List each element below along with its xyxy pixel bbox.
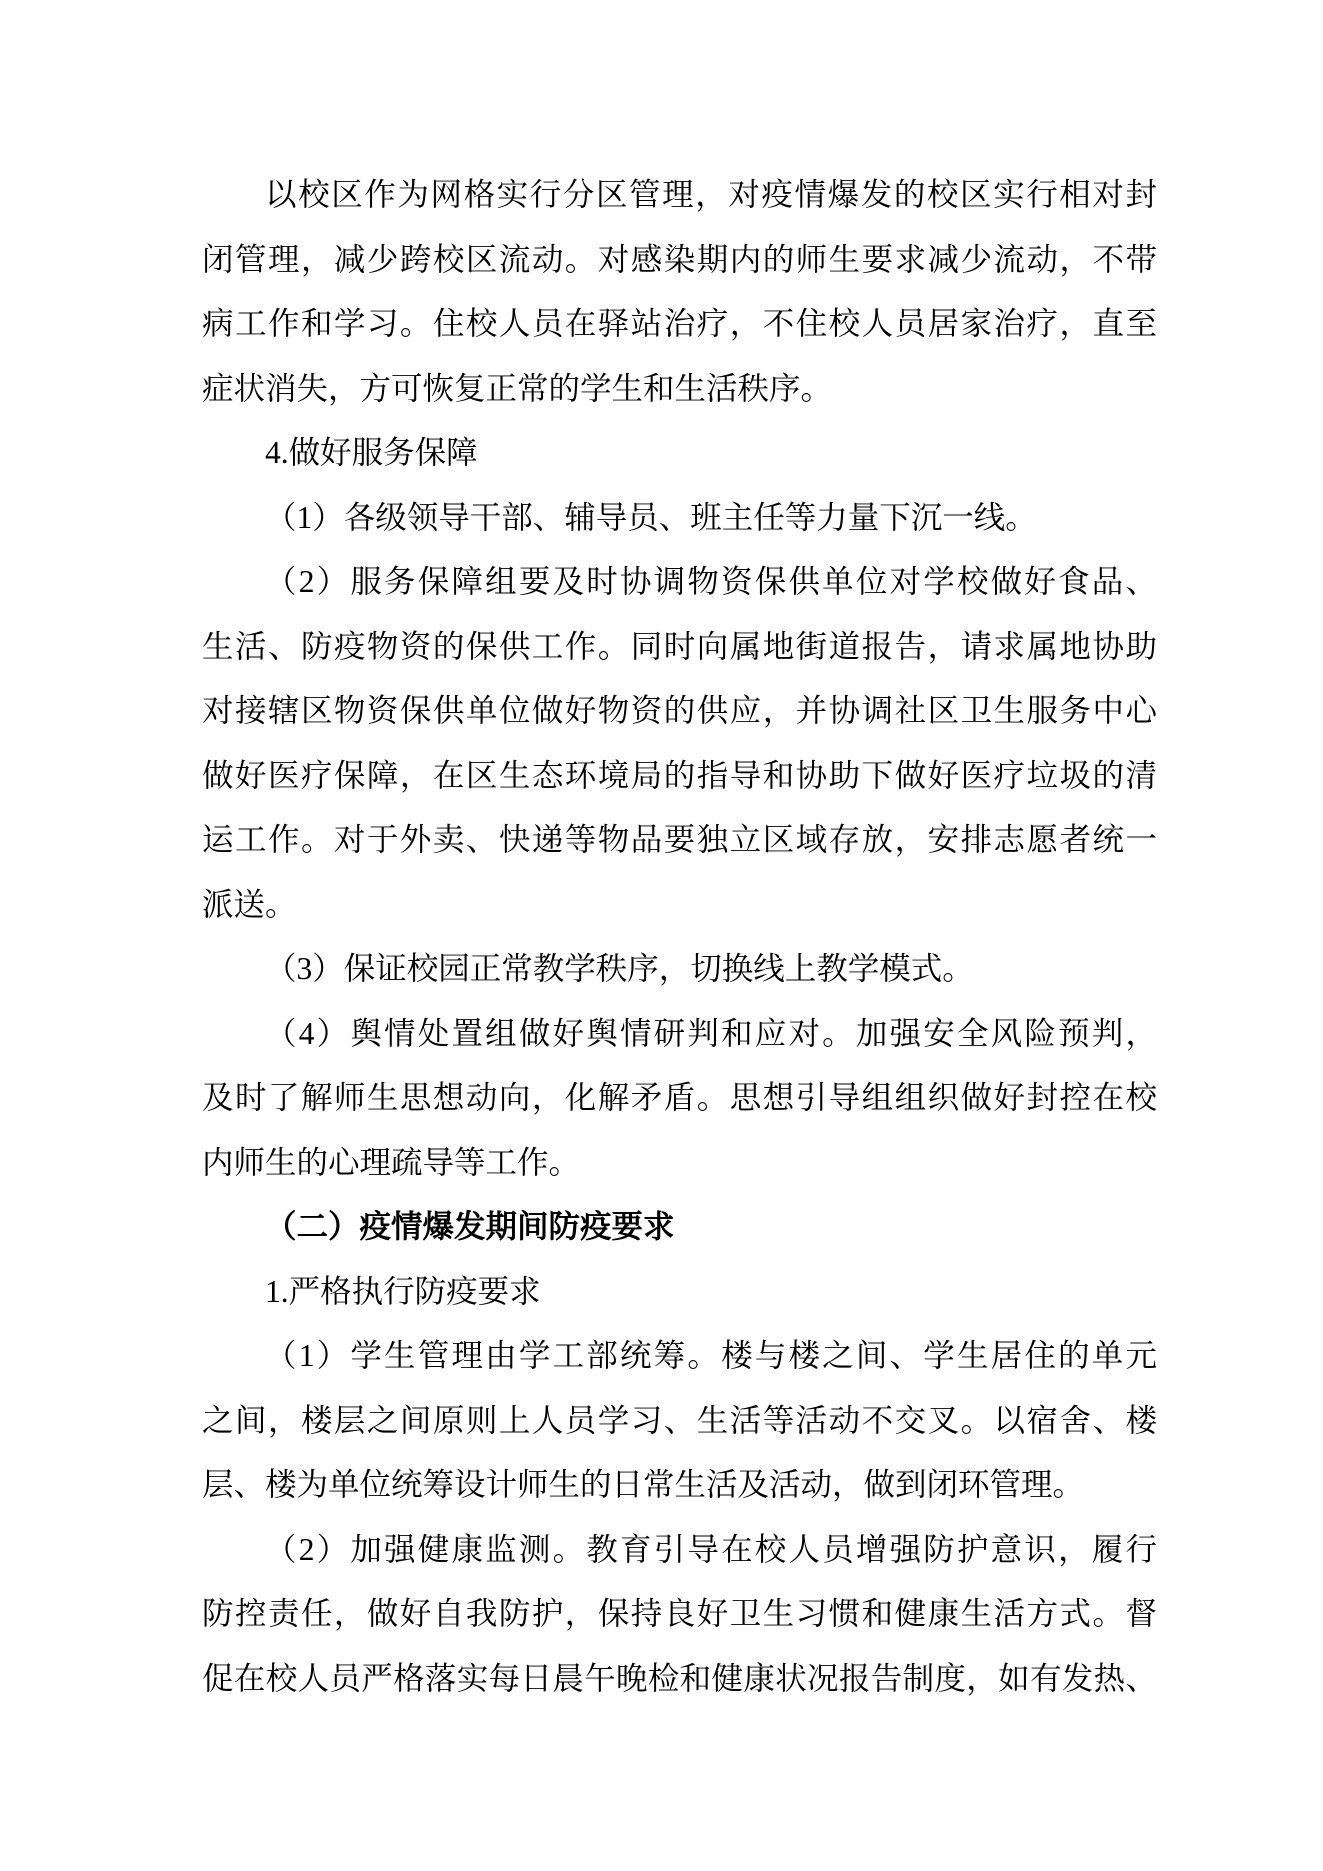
text-line: 4.做好服务保障 (202, 421, 1157, 486)
text-line: 促在校人员严格落实每日晨午晚检和健康状况报告制度，如有发热、 (202, 1647, 1157, 1712)
text-line: （2）服务保障组要及时协调物资保供单位对学校做好食品、 (202, 550, 1157, 615)
text-line: 之间，楼层之间原则上人员学习、生活等活动不交叉。以宿舍、楼 (202, 1389, 1157, 1454)
paragraph: （4）舆情处置组做好舆情研判和应对。加强安全风险预判，及时了解师生思想动向，化解… (202, 1002, 1157, 1196)
text-line: （3）保证校园正常教学秩序，切换线上教学模式。 (202, 937, 1157, 1002)
text-line: 做好医疗保障，在区生态环境局的指导和协助下做好医疗垃圾的清 (202, 744, 1157, 809)
section-heading: （二）疫情爆发期间防疫要求 (202, 1195, 1157, 1260)
paragraph: 以校区作为网格实行分区管理，对疫情爆发的校区实行相对封闭管理，减少跨校区流动。对… (202, 163, 1157, 421)
paragraph: 4.做好服务保障 (202, 421, 1157, 486)
text-line: 以校区作为网格实行分区管理，对疫情爆发的校区实行相对封 (202, 163, 1157, 228)
text-line: 派送。 (202, 873, 1157, 938)
paragraph: 1.严格执行防疫要求 (202, 1260, 1157, 1325)
text-line: 1.严格执行防疫要求 (202, 1260, 1157, 1325)
text-line: 层、楼为单位统筹设计师生的日常生活及活动，做到闭环管理。 (202, 1453, 1157, 1518)
paragraph: （1）学生管理由学工部统筹。楼与楼之间、学生居住的单元之间，楼层之间原则上人员学… (202, 1324, 1157, 1518)
text-line: 内师生的心理疏导等工作。 (202, 1131, 1157, 1196)
text-line: 防控责任，做好自我防护，保持良好卫生习惯和健康生活方式。督 (202, 1582, 1157, 1647)
text-line: （1）学生管理由学工部统筹。楼与楼之间、学生居住的单元 (202, 1324, 1157, 1389)
text-line: （4）舆情处置组做好舆情研判和应对。加强安全风险预判， (202, 1002, 1157, 1067)
text-line: （1）各级领导干部、辅导员、班主任等力量下沉一线。 (202, 486, 1157, 551)
text-line: （2）加强健康监测。教育引导在校人员增强防护意识，履行 (202, 1518, 1157, 1583)
text-line: 闭管理，减少跨校区流动。对感染期内的师生要求减少流动，不带 (202, 228, 1157, 293)
paragraph: （3）保证校园正常教学秩序，切换线上教学模式。 (202, 937, 1157, 1002)
paragraph: （2）加强健康监测。教育引导在校人员增强防护意识，履行防控责任，做好自我防护，保… (202, 1518, 1157, 1712)
text-line: 运工作。对于外卖、快递等物品要独立区域存放，安排志愿者统一 (202, 808, 1157, 873)
text-line: 对接辖区物资保供单位做好物资的供应，并协调社区卫生服务中心 (202, 679, 1157, 744)
document-page: 以校区作为网格实行分区管理，对疫情爆发的校区实行相对封闭管理，减少跨校区流动。对… (0, 0, 1323, 1871)
text-line: 及时了解师生思想动向，化解矛盾。思想引导组组织做好封控在校 (202, 1066, 1157, 1131)
text-line: （二）疫情爆发期间防疫要求 (202, 1195, 1157, 1260)
paragraph: （2）服务保障组要及时协调物资保供单位对学校做好食品、生活、防疫物资的保供工作。… (202, 550, 1157, 937)
text-line: 病工作和学习。住校人员在驿站治疗，不住校人员居家治疗，直至 (202, 292, 1157, 357)
document-body: 以校区作为网格实行分区管理，对疫情爆发的校区实行相对封闭管理，减少跨校区流动。对… (202, 163, 1157, 1711)
text-line: 生活、防疫物资的保供工作。同时向属地街道报告，请求属地协助 (202, 615, 1157, 680)
text-line: 症状消失，方可恢复正常的学生和生活秩序。 (202, 357, 1157, 422)
paragraph: （1）各级领导干部、辅导员、班主任等力量下沉一线。 (202, 486, 1157, 551)
